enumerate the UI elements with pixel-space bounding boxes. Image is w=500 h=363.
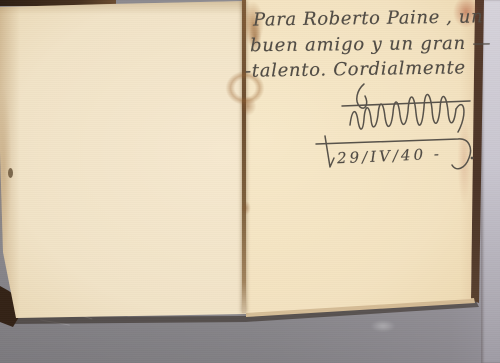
inscription-line-2: buen amigo y un gran — <box>250 33 492 57</box>
table-smudge <box>366 318 400 334</box>
book-photo: Para Roberto Paine , un buen amigo y un … <box>0 0 500 363</box>
inscription-line-1: Para Roberto Paine , un <box>253 6 484 30</box>
book-gutter <box>242 0 246 313</box>
signature-scribble <box>306 78 482 184</box>
table-surface-right <box>481 0 500 363</box>
